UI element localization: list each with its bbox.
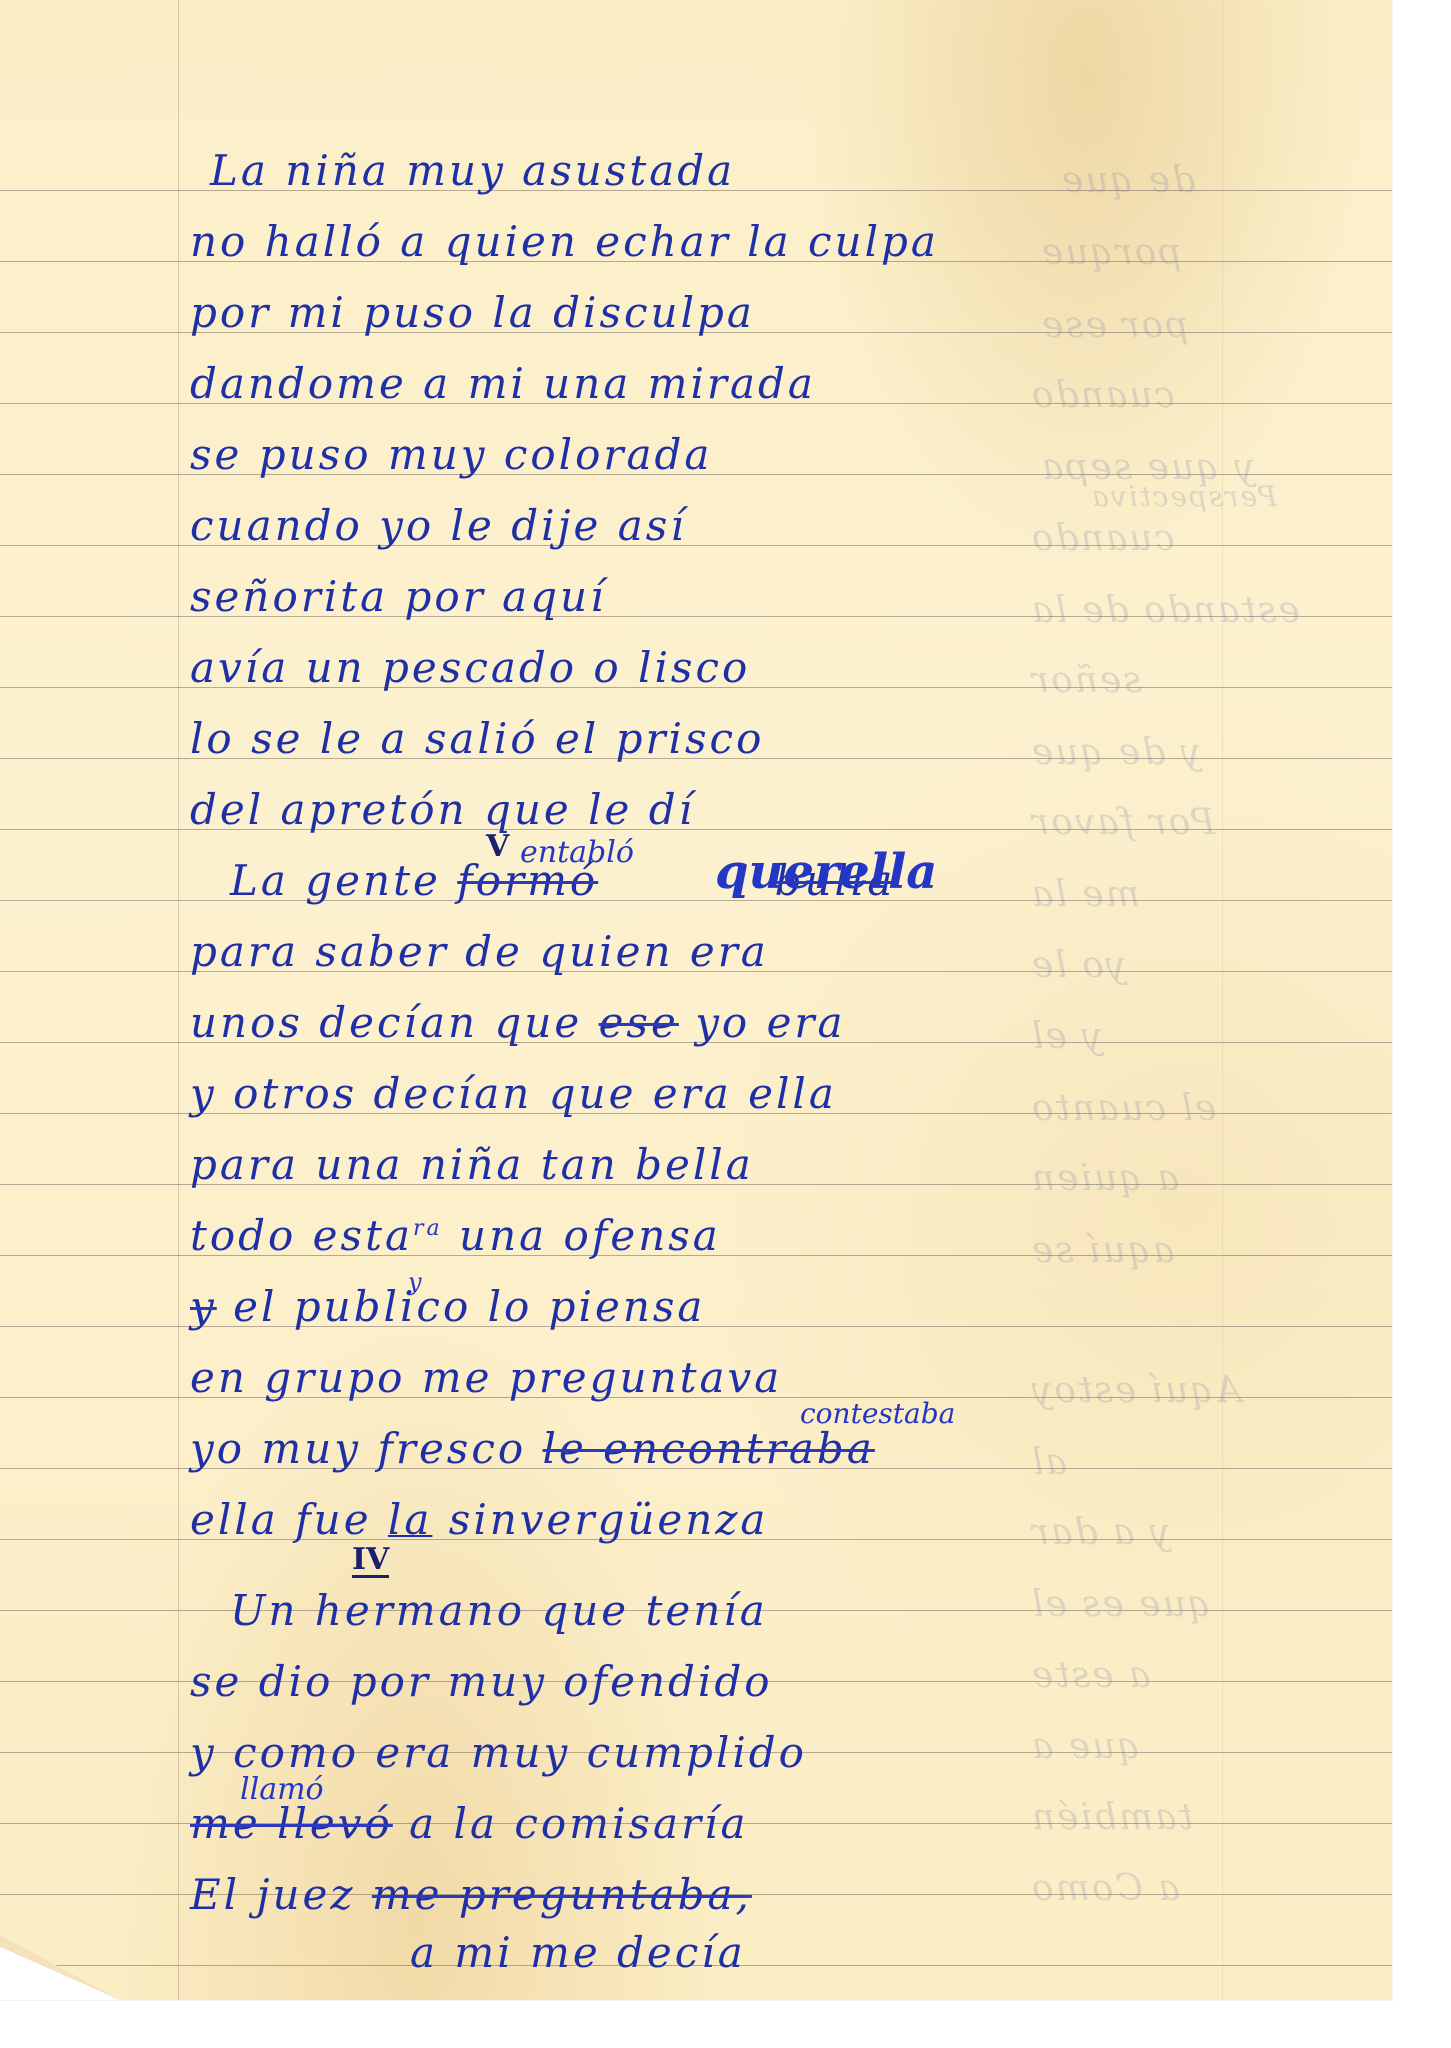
bleed-through-text: Aquí estoy — [1030, 1370, 1241, 1411]
line-text: una ofensa — [459, 1211, 721, 1260]
struck-word: le encontraba — [543, 1424, 875, 1473]
struck-word: y — [190, 1282, 217, 1331]
right-margin-line — [1222, 0, 1223, 2000]
struck-word: me preguntaba, — [372, 1870, 752, 1919]
bleed-through-text: a este — [1030, 1655, 1150, 1696]
bleed-through-text: y de que — [1030, 732, 1201, 773]
verse-line: no halló a quien echar la culpa — [190, 221, 939, 263]
bleed-through-text: que es el — [1030, 1584, 1211, 1625]
bleed-through-text: a Como — [1030, 1868, 1180, 1909]
line-text: yo era — [695, 998, 845, 1047]
verse-line: a mi me decía — [410, 1932, 746, 1974]
line-text: el publico lo piensa — [233, 1282, 705, 1331]
verse-line-corrected: unos decían que ese yo era — [190, 1002, 846, 1044]
line-text: yo muy fresco — [190, 1424, 526, 1473]
line-text: sinvergüenza — [449, 1495, 769, 1544]
verse-line: ella fue la sinvergüenza — [190, 1499, 768, 1541]
verse-line: cuando yo le dije así — [190, 505, 687, 547]
manuscript-page: de que porque por ese cuando y que sepa … — [0, 0, 1392, 2000]
bleed-through-text: al — [1030, 1442, 1067, 1483]
verse-line: avía un pescado o lisco — [190, 647, 750, 689]
bleed-through-text: me la — [1030, 874, 1140, 915]
underlined-word: la — [388, 1495, 432, 1544]
verse-line: lo se le a salió el prisco — [190, 718, 764, 760]
verse-line: Un hermano que tenía — [230, 1590, 768, 1632]
bleed-through-text: aquí se — [1030, 1230, 1174, 1271]
inserted-correction: contestaba — [800, 1400, 955, 1428]
bleed-through-text: porque — [1040, 232, 1181, 273]
line-text: a la comisaría — [409, 1799, 748, 1848]
bleed-through-text: de que — [1060, 160, 1195, 201]
verse-line-corrected: El juez me preguntaba, — [190, 1874, 752, 1916]
bleed-through-text: Perspectiva — [1090, 480, 1277, 513]
bleed-through-text: estando de la — [1030, 590, 1300, 631]
line-text: ella fue — [190, 1495, 372, 1544]
inserted-correction: y — [408, 1270, 422, 1294]
verse-line: señorita por aquí — [190, 576, 607, 618]
bleed-through-text: el cuanto — [1030, 1088, 1216, 1129]
left-margin-line — [178, 0, 179, 2000]
verse-line: se dio por muy ofendido — [190, 1661, 773, 1703]
bleed-through-text: yo le — [1030, 945, 1126, 986]
bleed-through-text: por ese — [1040, 305, 1188, 346]
verse-line: y otros decían que era ella — [190, 1073, 837, 1115]
line-text: unos decían que — [190, 998, 582, 1047]
bleed-through-text: que a — [1030, 1726, 1140, 1767]
bleed-through-text: Por favor — [1030, 802, 1215, 843]
bleed-through-text: cuando — [1030, 518, 1175, 559]
section-numeral: IV — [352, 1545, 389, 1578]
line-text: todo esta — [190, 1211, 413, 1260]
inserted-correction: entabló — [520, 838, 634, 868]
bleed-through-text: y el — [1030, 1016, 1103, 1057]
struck-word: ese — [599, 998, 679, 1047]
verse-line-corrected: me llevó a la comisaría — [190, 1803, 749, 1845]
verse-line: del apretón que le dí — [190, 789, 695, 831]
inserted-correction: ra — [413, 1216, 443, 1241]
verse-line: en grupo me preguntava — [190, 1357, 782, 1399]
bleed-through-text: y a dar — [1030, 1512, 1170, 1553]
verse-line-corrected: todo estara una ofensa — [190, 1215, 721, 1257]
bleed-through-text: señor — [1030, 660, 1142, 701]
verse-line-corrected: yo muy fresco le encontraba — [190, 1428, 875, 1470]
line-text: La gente — [230, 856, 441, 905]
bleed-through-text: también — [1030, 1797, 1193, 1838]
verse-line-corrected: y el publico lo piensa — [190, 1286, 705, 1328]
verse-line: La niña muy asustada — [210, 150, 735, 192]
verse-line: por mi puso la disculpa — [190, 292, 755, 334]
bleed-through-text: a quien — [1030, 1158, 1179, 1199]
line-text: El juez — [190, 1870, 356, 1919]
verse-line: dandome a mi una mirada — [190, 363, 816, 405]
verse-line: para saber de quien era — [190, 931, 769, 973]
verse-line: se puso muy colorada — [190, 434, 712, 476]
verse-line: para una niña tan bella — [190, 1144, 754, 1186]
inserted-correction: querella — [715, 848, 937, 896]
bleed-through-text: cuando — [1030, 375, 1175, 416]
inserted-correction: llamó — [240, 1775, 324, 1805]
verse-line: y como era muy cumplido — [190, 1732, 807, 1774]
